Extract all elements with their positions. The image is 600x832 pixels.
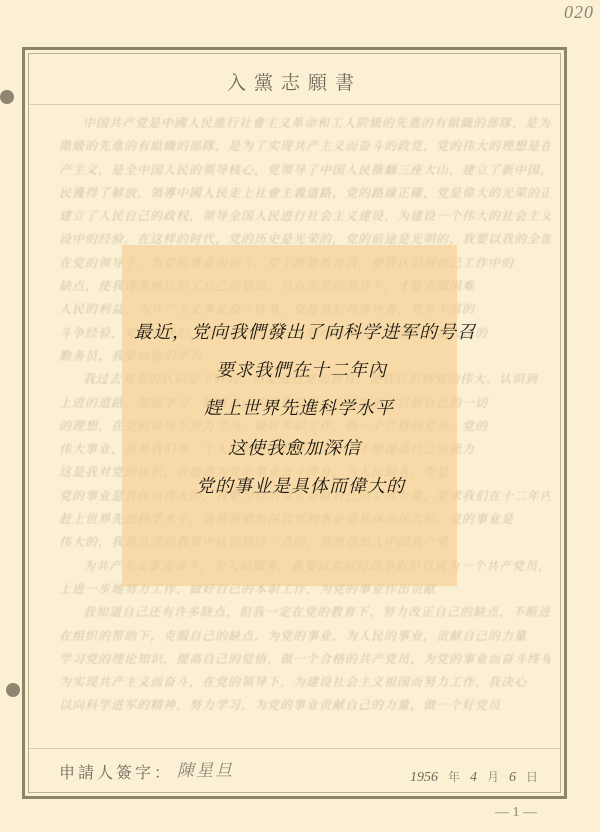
quote-line: 这使我愈加深信 [228,434,361,460]
signature-label: 申請人簽字： [59,760,173,783]
header-divider [29,104,560,105]
date-day-unit: 日 [526,768,538,785]
form-title: 入黨志願書 [29,68,560,95]
handwritten-line: 产主义，是全中国人民的领导核心，党领导了中国人民推翻三座大山，建立了新中国，使中… [59,159,550,182]
handwritten-line: 以向科学进军的精神，努力学习，为党的事业贡献自己的力量，做一个好党员 [59,694,550,717]
archive-number: 020 [564,2,594,23]
date-month-unit: 月 [487,768,499,785]
handwritten-line: 为实现共产主义而奋斗，在党的领导下，为建设社会主义祖国而努力工作，我决心 [59,671,550,694]
footer-divider [29,748,560,749]
ink-blot [6,683,20,697]
handwritten-line: 在组织的帮助下，克服自己的缺点，为党的事业，为人民的事业，贡献自己的力量 [59,625,550,648]
signature-value: 陳星旦 [177,756,234,781]
quote-line: 最近，党向我們發出了向科学进军的号召 [134,318,476,344]
handwritten-line: 中国共产党是中國人民進行社會主义革命和工人阶級的先進的有組織的部隊，是为共产主义… [59,112,550,135]
date-year: 1956 [410,770,438,786]
handwritten-line: 我知道自己还有许多缺点，但我一定在党的教育下，努力改正自己的缺点，不断进步 [59,601,550,624]
ink-blot [0,90,14,104]
quote-line: 党的事业是具体而偉大的 [196,472,405,498]
application-date: 1956 年 4 月 6 日 [410,768,538,786]
handwritten-line: 階級的先進的有組織的部隊，是为了实现共产主义而奋斗的政党，党的伟大的理想是在中国… [59,135,550,158]
handwritten-line: 建立了人民自己的政权，领导全国人民进行社会主义建设，为建设一个伟大的社会主义国家 [59,205,550,228]
quote-line: 要求我們在十二年內 [216,356,387,382]
date-month: 4 [470,770,477,786]
handwritten-line: 学习党的理论知识，提高自己的觉悟，做一个合格的共产党员，为党的事业而奋斗终身 [59,648,550,671]
date-day: 6 [509,770,516,786]
handwritten-line: 民獲得了解放，領導中國人民走上社會主義道路，党的路線正確，党是偉大的光荣的正确的… [59,182,550,205]
quote-line: 趕上世界先進科学水平 [204,394,394,420]
date-year-unit: 年 [448,768,460,785]
page-number: — 1 — [495,805,537,821]
